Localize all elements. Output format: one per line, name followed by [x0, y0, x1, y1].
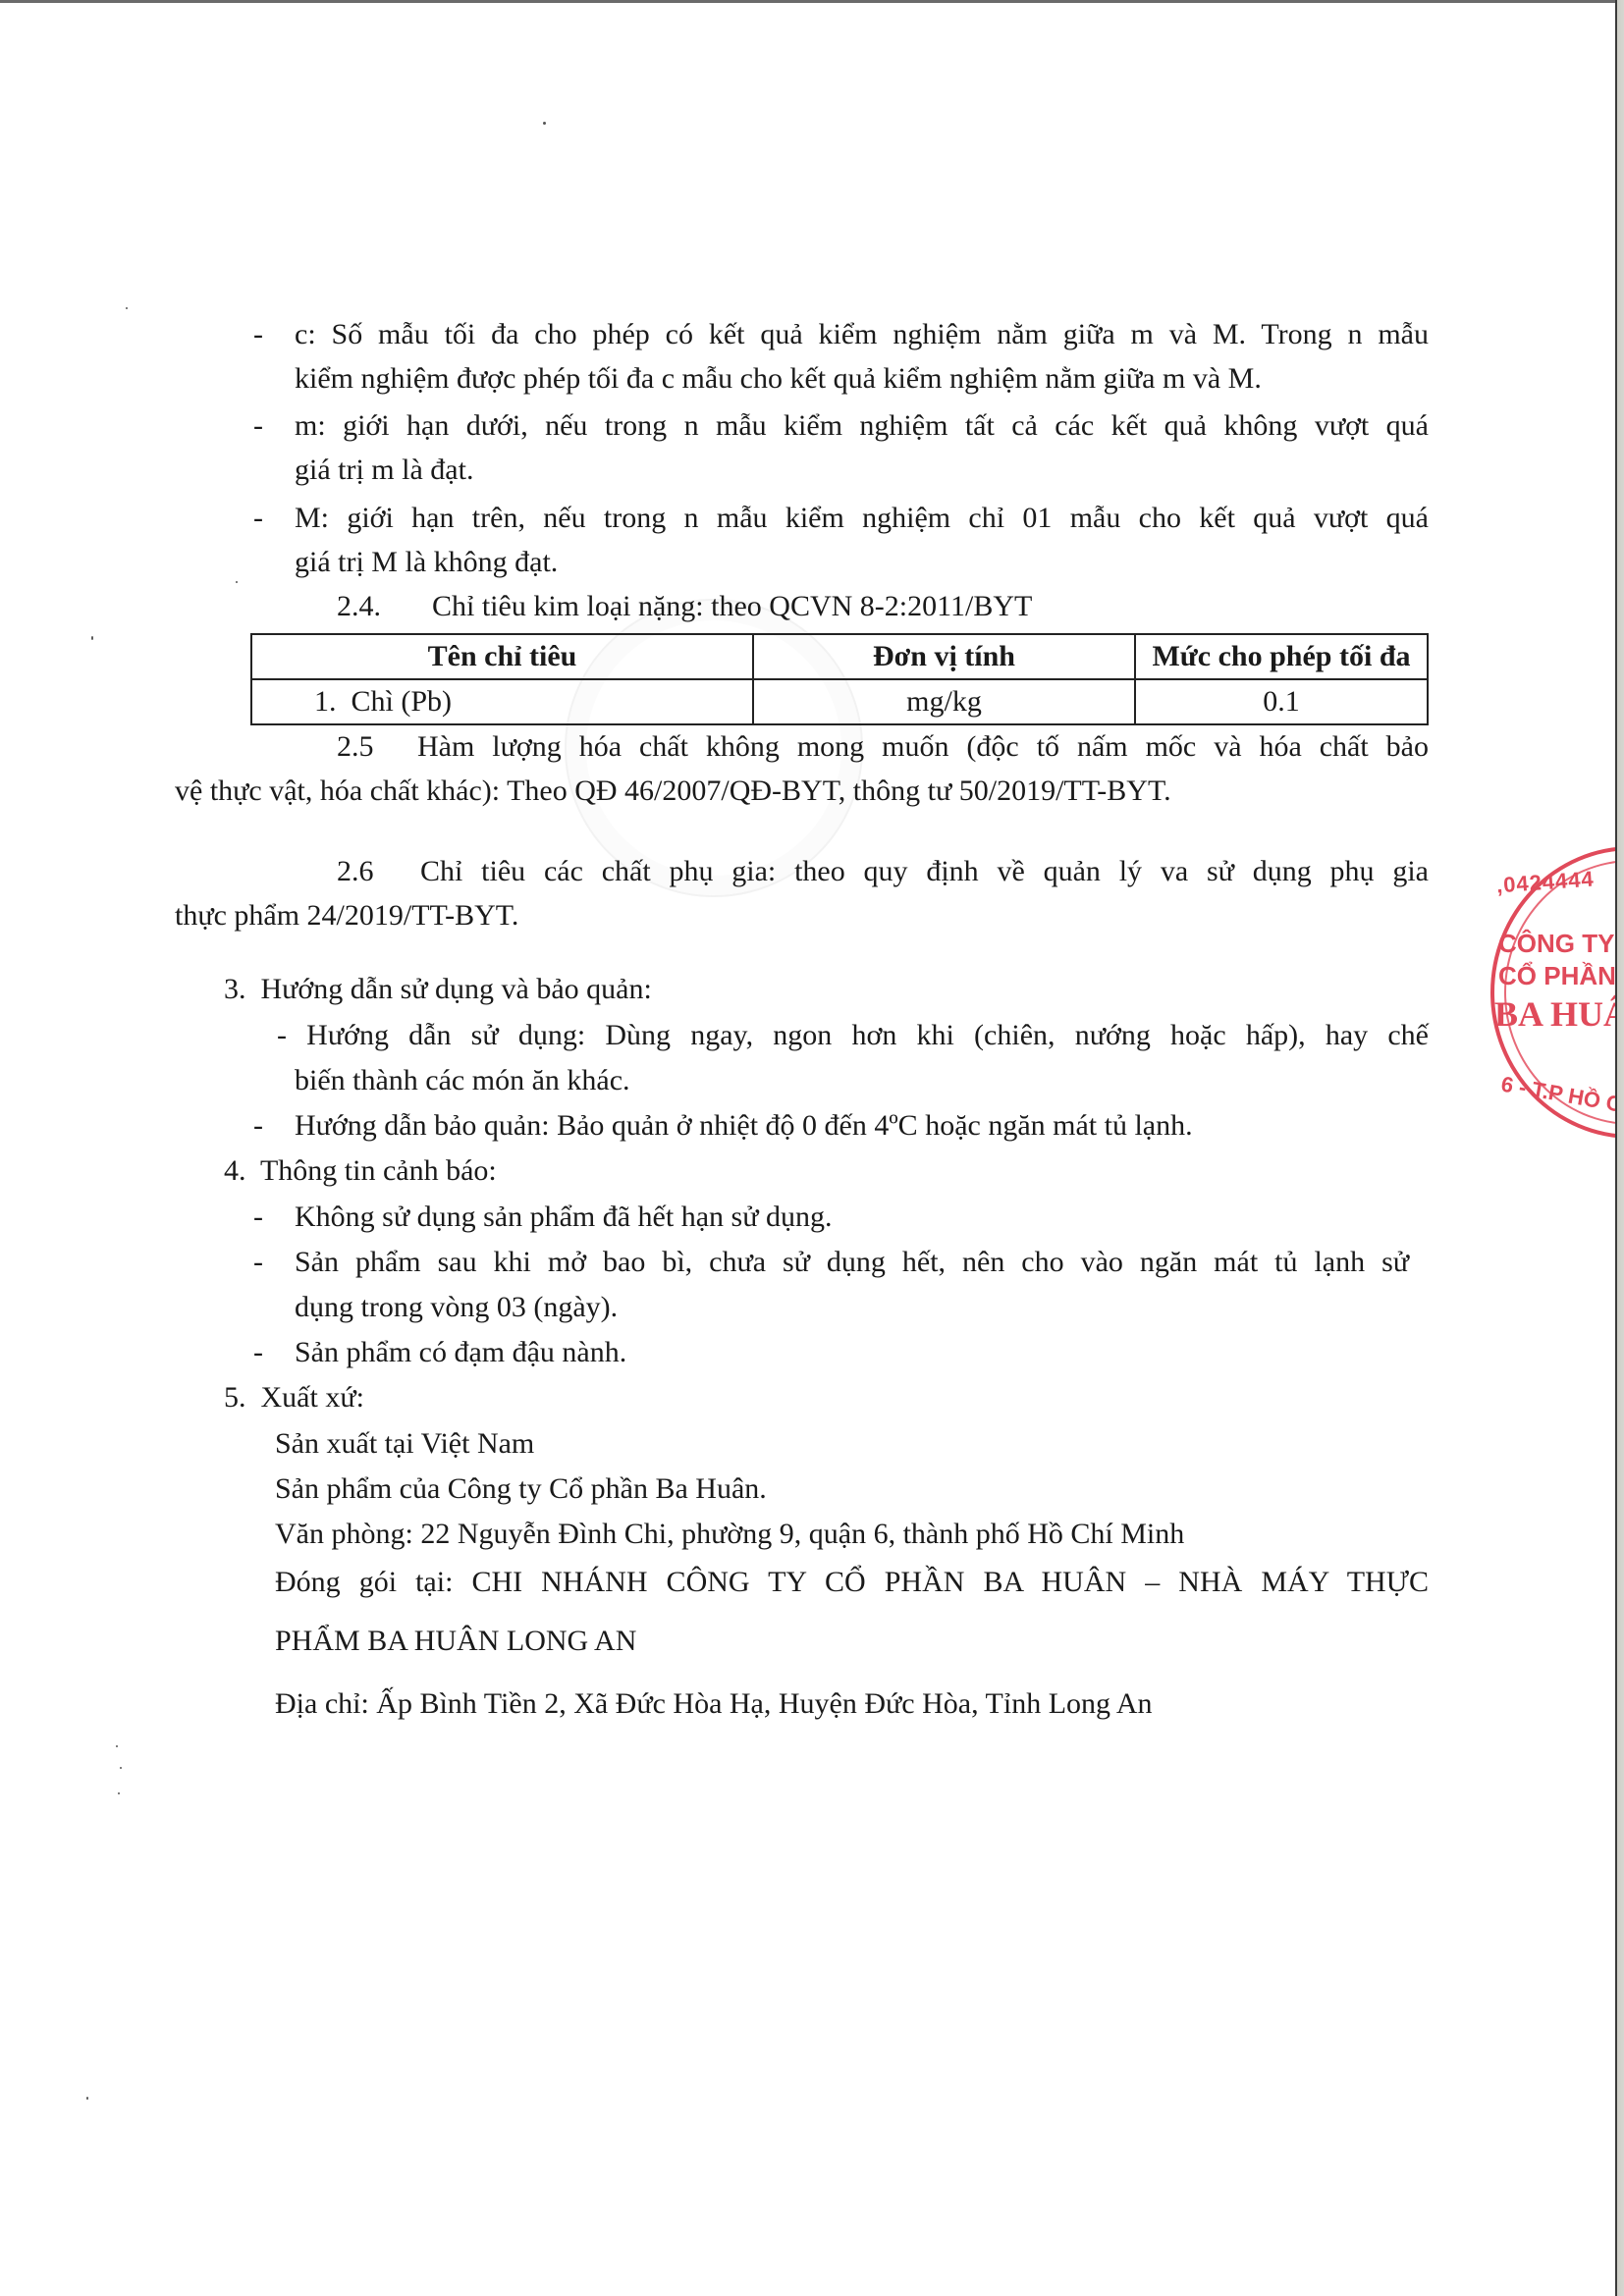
definition-m-line-1: m: giới hạn dưới, nếu trong n mẫu kiểm n… — [295, 408, 1429, 444]
section-2-4-title: Chỉ tiêu kim loại nặng: theo QCVN 8-2:20… — [432, 589, 1032, 624]
section-2-5-line-1: Hàm lượng hóa chất không mong muốn (độc … — [417, 729, 1429, 765]
scan-top-border — [0, 0, 1615, 3]
section-2-6-line-1: Chỉ tiêu các chất phụ gia: theo quy định… — [420, 854, 1429, 889]
definition-M-line-1: M: giới hạn trên, nếu trong n mẫu kiểm n… — [295, 501, 1429, 536]
packing-location-line-1: Đóng gói tại: CHI NHÁNH CÔNG TY CỔ PHẦN … — [275, 1565, 1429, 1600]
cell-indicator: 1. Chì (Pb) — [251, 679, 753, 724]
warning-item: Không sử dụng sản phẩm đã hết hạn sử dụn… — [295, 1200, 832, 1235]
stamp-line-1: CÔNG TY — [1498, 929, 1614, 959]
section-2-5-line-2: vệ thực vật, hóa chất khác): Theo QĐ 46/… — [175, 774, 1171, 809]
warning-item: Sản phẩm sau khi mở bao bì, chưa sử dụng… — [295, 1245, 1409, 1280]
column-header-indicator: Tên chỉ tiêu — [251, 634, 753, 679]
packing-location-line-2: PHẨM BA HUÂN LONG AN — [275, 1624, 636, 1659]
heavy-metal-table: Tên chỉ tiêu Đơn vị tính Mức cho phép tố… — [250, 633, 1429, 725]
usage-instructions-line-1: - Hướng dẫn sử dụng: Dùng ngay, ngon hơn… — [277, 1018, 1429, 1053]
origin-line: Sản phẩm của Công ty Cổ phần Ba Huân. — [275, 1471, 767, 1507]
section-3-heading: 3. Hướng dẫn sử dụng và bảo quản: — [224, 972, 652, 1007]
section-5-heading: 5. Xuất xứ: — [224, 1380, 364, 1415]
bullet-dash: - — [253, 1335, 263, 1370]
bullet-dash: - — [253, 1108, 263, 1144]
bullet-dash: - — [253, 1245, 263, 1280]
column-header-max-level: Mức cho phép tối đa — [1135, 634, 1428, 679]
definition-M-line-2: giá trị M là không đạt. — [295, 545, 558, 580]
warning-item-continuation: dụng trong vòng 03 (ngày). — [295, 1290, 618, 1325]
warning-item: Sản phẩm có đạm đậu nành. — [295, 1335, 626, 1370]
section-2-5-number: 2.5 — [337, 729, 374, 765]
bullet-dash: - — [253, 317, 263, 352]
company-seal-stamp: ,0424444 CÔNG TY CỔ PHẦN BA HUÂN 6 - T.P… — [1490, 846, 1624, 1139]
section-2-4-number: 2.4. — [337, 589, 381, 624]
table-row: 1. Chì (Pb) mg/kg 0.1 — [251, 679, 1428, 724]
bullet-dash: - — [253, 408, 263, 444]
cell-max-level: 0.1 — [1135, 679, 1428, 724]
cell-unit: mg/kg — [753, 679, 1135, 724]
origin-line: Sản xuất tại Việt Nam — [275, 1426, 534, 1462]
table-header-row: Tên chỉ tiêu Đơn vị tính Mức cho phép tố… — [251, 634, 1428, 679]
stamp-line-2: CỔ PHẦN — [1498, 961, 1616, 991]
section-2-6-number: 2.6 — [337, 854, 374, 889]
stamp-line-3: BA HUÂN — [1494, 993, 1624, 1035]
definition-c-line-1: c: Số mẫu tối đa cho phép có kết quả kiể… — [295, 317, 1429, 352]
definition-c-line-2: kiểm nghiệm được phép tối đa c mẫu cho k… — [295, 361, 1262, 397]
column-header-unit: Đơn vị tính — [753, 634, 1135, 679]
bullet-dash: - — [253, 501, 263, 536]
scan-right-border-overlay — [1615, 0, 1624, 2296]
usage-instructions-line-2: biến thành các món ăn khác. — [295, 1063, 630, 1098]
section-2-6-line-2: thực phẩm 24/2019/TT-BYT. — [175, 898, 518, 934]
office-address: Văn phòng: 22 Nguyễn Đình Chi, phường 9,… — [275, 1517, 1184, 1552]
bullet-dash: - — [253, 1200, 263, 1235]
section-4-heading: 4. Thông tin cảnh báo: — [224, 1153, 497, 1189]
factory-address: Địa chỉ: Ấp Bình Tiền 2, Xã Đức Hòa Hạ, … — [275, 1686, 1153, 1722]
definition-m-line-2: giá trị m là đạt. — [295, 453, 473, 488]
storage-instructions: Hướng dẫn bảo quản: Bảo quản ở nhiệt độ … — [295, 1108, 1193, 1144]
